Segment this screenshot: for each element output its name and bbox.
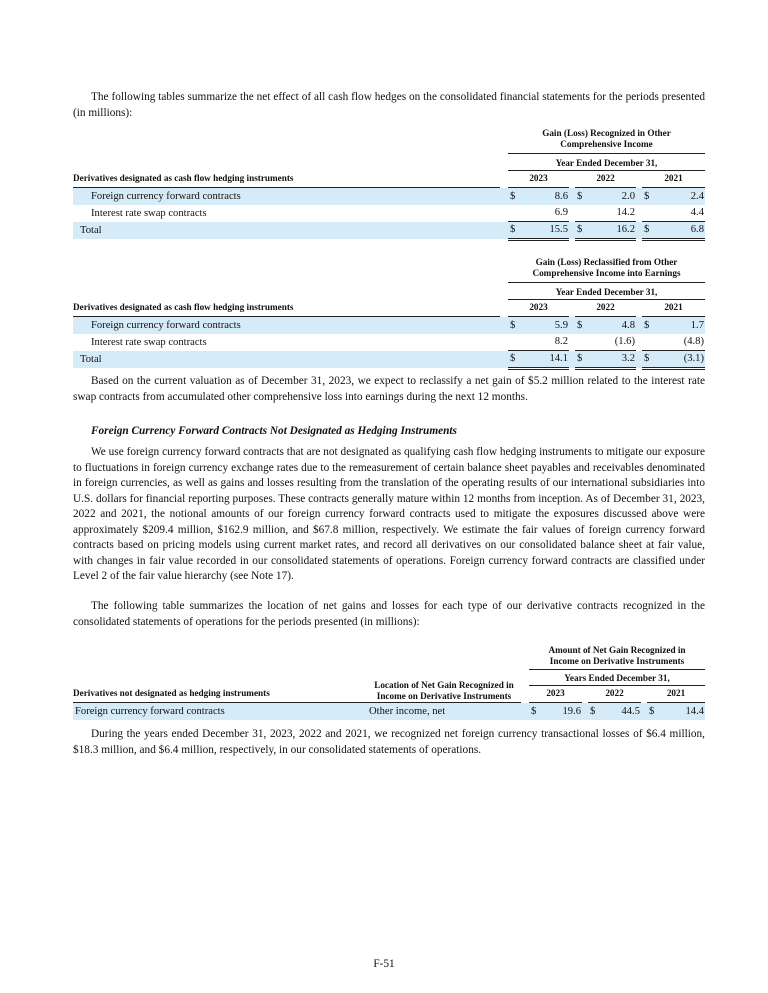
table1-period-header: Year Ended December 31, [508,154,705,171]
cell-value: 8.6 [524,188,569,205]
section-heading: Foreign Currency Forward Contracts Not D… [73,424,705,439]
row-label: Foreign currency forward contracts [73,317,500,334]
table3-year-2021: 2021 [647,686,705,703]
table3-period-header: Years Ended December 31, [529,670,705,686]
cell-value: 8.2 [524,334,569,351]
cell-value: 5.9 [524,317,569,334]
table-row: Foreign currency forward contracts Other… [73,703,705,720]
cell-value: 44.5 [604,703,641,720]
table3-location-header-line1: Location of Net Gain Recognized in [367,680,521,691]
row-label: Interest rate swap contracts [73,334,500,351]
table3-row-header: Derivatives not designated as hedging in… [73,670,367,703]
table1-year-2022: 2022 [575,171,636,188]
table3-year-2023: 2023 [529,686,582,703]
table2-row-header: Derivatives designated as cash flow hedg… [73,300,500,317]
cell-value: 2.4 [658,188,705,205]
cell-value: 4.8 [591,317,636,334]
table-total-row: Total $ 15.5 $ 16.2 $ 6.8 [73,222,705,239]
cell-value: 4.4 [658,205,705,222]
cell-value: 14.2 [591,205,636,222]
cell-value: 6.9 [524,205,569,222]
cell-value: 1.7 [658,317,705,334]
forward-contracts-paragraph: We use foreign currency forward contract… [73,445,705,585]
table1-year-2021: 2021 [642,171,705,188]
table2-group-header-line2: Comprehensive Income into Earnings [508,268,705,279]
total-label: Total [73,351,500,368]
total-value: (3.1) [658,351,705,368]
table-row: Foreign currency forward contracts $ 8.6… [73,188,705,205]
total-value: 6.8 [658,222,705,239]
page-number: F-51 [0,957,768,972]
total-label: Total [73,222,500,239]
row-label: Foreign currency forward contracts [73,188,500,205]
table2-year-2023: 2023 [508,300,569,317]
total-value: 15.5 [524,222,569,239]
table1-group-header-line2: Comprehensive Income [508,139,705,150]
table2-year-2022: 2022 [575,300,636,317]
table3-location-header-line2: Income on Derivative Instruments [367,691,521,702]
total-value: 16.2 [591,222,636,239]
table2-year-2021: 2021 [642,300,705,317]
row-label: Interest rate swap contracts [73,205,500,222]
cell-value: 14.4 [663,703,705,720]
total-value: 3.2 [591,351,636,368]
table-row: Interest rate swap contracts 8.2 (1.6) (… [73,334,705,351]
table3-group-header-line2: Income on Derivative Instruments [529,656,705,667]
location-paragraph: The following table summarizes the locat… [73,599,705,630]
table3-year-2022: 2022 [588,686,641,703]
table-total-row: Total $ 14.1 $ 3.2 $ (3.1) [73,351,705,368]
intro-paragraph: The following tables summarize the net e… [73,90,705,121]
oci-reclassified-table: Gain (Loss) Reclassified from Other Comp… [73,257,705,370]
oci-recognized-table: Gain (Loss) Recognized in Other Comprehe… [73,128,705,241]
table1-year-2023: 2023 [508,171,569,188]
cell-value: (4.8) [658,334,705,351]
table-row: Interest rate swap contracts 6.9 14.2 4.… [73,205,705,222]
cell-value: 19.6 [545,703,582,720]
reclass-paragraph: Based on the current valuation as of Dec… [73,374,705,405]
row-label: Foreign currency forward contracts [73,703,367,720]
table-row: Foreign currency forward contracts $ 5.9… [73,317,705,334]
table2-period-header: Year Ended December 31, [508,283,705,300]
total-value: 14.1 [524,351,569,368]
losses-paragraph: During the years ended December 31, 2023… [73,727,705,758]
table1-row-header: Derivatives designated as cash flow hedg… [73,171,500,188]
cell-value: 2.0 [591,188,636,205]
table3-group-header-line1: Amount of Net Gain Recognized in [529,645,705,656]
row-location: Other income, net [367,703,521,720]
cell-value: (1.6) [591,334,636,351]
net-gain-location-table: Amount of Net Gain Recognized in Income … [73,645,705,720]
table1-group-header-line1: Gain (Loss) Recognized in Other [508,128,705,139]
table2-group-header-line1: Gain (Loss) Reclassified from Other [508,257,705,268]
